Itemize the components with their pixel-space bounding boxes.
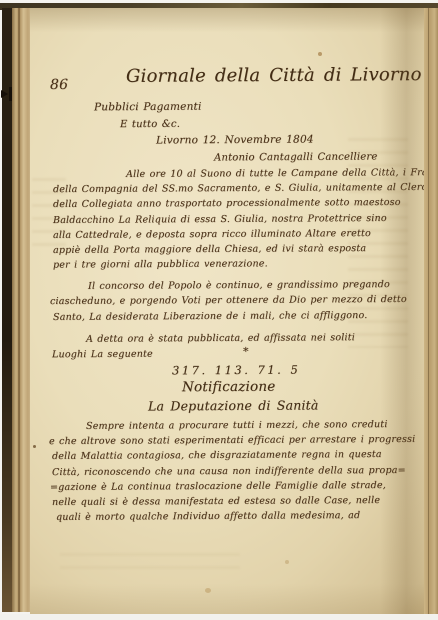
manuscript-line: della Collegiata anno trasportato proces… [53,198,401,211]
scanned-manuscript-page: 86 Giornale della Città di Livorno Pubbl… [0,0,438,620]
fore-edge [424,8,438,614]
manuscript-line: Città, riconoscendo che una causa non in… [52,466,406,479]
scanner-bottom-strip [0,614,438,620]
manuscript-line: Santo, La desiderata Liberazione de i ma… [53,311,368,323]
ink-spot [318,52,322,56]
manuscript-line: alla Cattedrale, e deposta sopra ricco i… [53,229,371,241]
ink-spot [33,445,36,448]
figures-line: 317. 113. 71. 5 [172,364,300,377]
clerk-signature: Antonio Cantagalli Cancelliere [214,152,378,164]
manuscript-line: quali è morto qualche Individuo affetto … [56,511,360,523]
manuscript-line: Baldacchino La Reliquia di essa S. Giuli… [53,214,387,226]
paper-page: 86 Giornale della Città di Livorno Pubbl… [30,8,438,614]
journal-title: Giornale della Città di Livorno [126,65,422,87]
mark-bar [9,87,12,101]
arrow-right-icon [1,90,8,98]
bleedthrough-bottom [60,553,240,579]
notice-subheading: La Deputazione di Sanità [148,398,319,413]
margin-bookmark-mark [1,87,14,101]
manuscript-line: A detta ora è stata pubblicata, ed affis… [86,333,355,345]
header-subtitle-etc: E tutto &c. [120,119,180,130]
manuscript-line: =gazione è La continua traslocazione del… [50,481,386,493]
page-number: 86 [50,78,68,94]
header-subtitle-payments: Pubblici Pagamenti [94,102,202,114]
manuscript-line: Il concorso del Popolo è continuo, e gra… [88,280,390,292]
manuscript-line: ciascheduno, e porgendo Voti per ottener… [50,295,407,308]
manuscript-line: e che altrove sono stati esperimentati e… [49,435,415,448]
manuscript-line: della Malattia contagiosa, che disgrazia… [52,450,382,462]
foxing-spot [205,588,211,593]
asterisk-mark: * [243,346,249,358]
notice-heading: Notificazione [182,380,276,395]
dateline: Livorno 12. Novembre 1804 [156,135,314,148]
manuscript-line: appiè della Porta maggiore della Chiesa,… [53,244,366,256]
manuscript-line: Sempre intenta a procurare tutti i mezzi… [86,420,388,432]
foxing-spot [285,560,289,564]
page-curl-shadow [380,8,424,614]
manuscript-line: Luoghi La seguente [52,350,153,361]
manuscript-line: per i tre giorni alla pubblica venerazio… [53,259,268,271]
manuscript-line: nelle quali si è dessa manifestata ed es… [52,496,380,508]
